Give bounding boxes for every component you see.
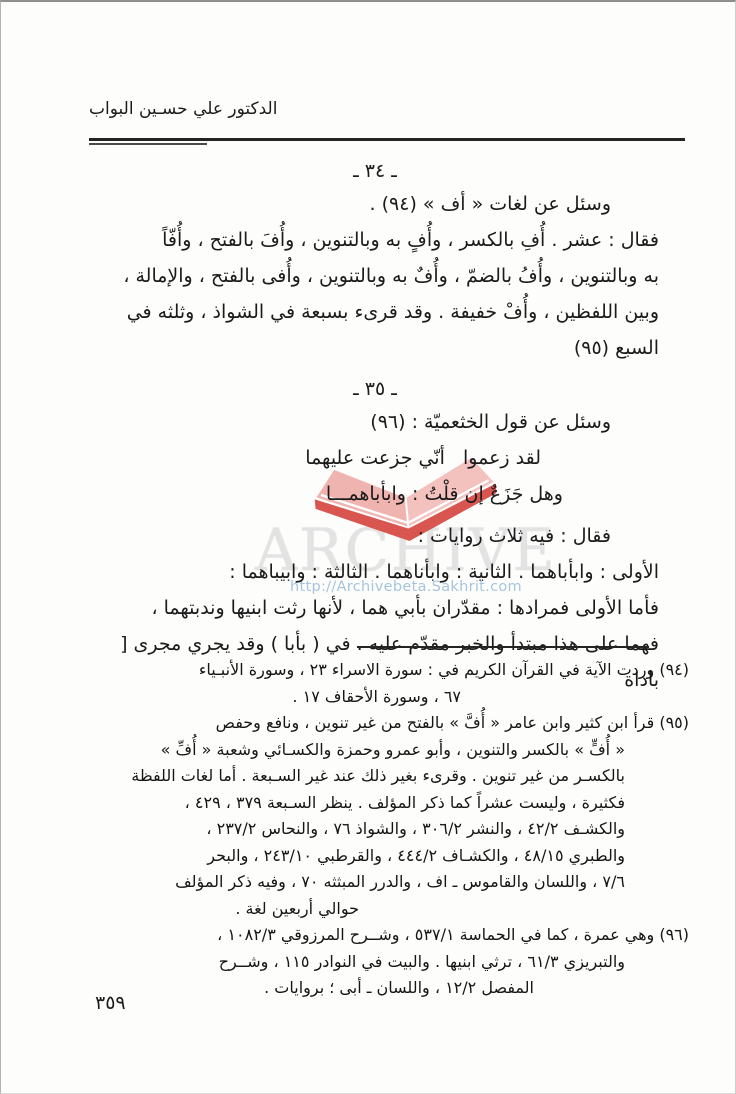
footnote-line: (٩٤) وردت الآية في القرآن الكريم في : سو… — [89, 657, 689, 684]
footnote-line: والطبري ٤٨/١٥ ، والكشـاف ٤٤٤/٢ ، والقرطب… — [89, 843, 689, 870]
section-34-marker: ـ ٣٤ ـ — [91, 156, 659, 186]
main-text-column: ـ ٣٤ ـ وسئل عن لغات « أف » (٩٤) . فقال :… — [91, 154, 659, 698]
text-line: فأما الأولى فمرادها : مقدّران بأبي هما ،… — [91, 590, 659, 626]
footnotes-block: (٩٤) وردت الآية في القرآن الكريم في : سو… — [89, 657, 689, 1002]
footnote-line: والتبريزي ٦١/٣ ، ترثي ابنيها . والبيت في… — [89, 949, 689, 976]
text-line: فقال : عشر . أُفِ بالكسر ، وأُفٍ به وبال… — [91, 222, 659, 258]
footnote-line: (٩٦) وهي عمرة ، كما في الحماسة ٥٣٧/١ ، و… — [89, 922, 689, 949]
header-rule — [89, 138, 685, 141]
section-35-marker: ـ ٣٥ ـ — [91, 374, 659, 404]
footnote-line: (٩٥) قرأ ابن كثير وابن عامر « أُفَّ » با… — [89, 710, 689, 737]
header-rule-fragment — [89, 143, 207, 145]
verse-line-1: لقد زعموا أنّي جزعت عليهما — [91, 440, 659, 476]
footnote-separator — [357, 646, 649, 648]
footnote-95: (٩٥) قرأ ابن كثير وابن عامر « أُفَّ » با… — [89, 710, 689, 922]
author-header: الدكتور علي حسـين البواب — [89, 99, 277, 119]
section-35-intro: وسئل عن قول الخثعميّة : (٩٦) — [91, 404, 659, 440]
text-line: وبين اللفظين ، وأُفْ خفيفة . وقد قرىء بس… — [91, 294, 659, 366]
footnote-line: « أُفٍّ » بالكسر والتنوين ، وأبو عمرو وح… — [89, 737, 689, 764]
text-line: به وبالتنوين ، وأُفُ بالضمّ ، وأُفٌ به و… — [91, 258, 659, 294]
footnote-line: فكثيرة ، وليست عشراً كما ذكر المؤلف . ين… — [89, 790, 689, 817]
section-34-intro: وسئل عن لغات « أف » (٩٤) . — [91, 186, 659, 222]
footnote-line: حوالي أربعين لغة . — [89, 896, 689, 923]
scanned-book-page: ARCHIVE http://Archivebeta.Sakhrit.com ا… — [0, 0, 736, 1094]
footnote-94: (٩٤) وردت الآية في القرآن الكريم في : سو… — [89, 657, 689, 710]
footnote-line: بالكسـر من غير تنوين . وقرىء بغير ذلك عن… — [89, 763, 689, 790]
footnote-96: (٩٦) وهي عمرة ، كما في الحماسة ٥٣٧/١ ، و… — [89, 922, 689, 1002]
footnote-line: ٦٧ ، وسورة الأحقاف ١٧ . — [89, 684, 689, 711]
page-number: ٣٥٩ — [95, 992, 126, 1014]
text-line: فقال : فيه ثلاث روايات : — [91, 518, 659, 554]
footnote-line: والكشـف ٤٢/٢ ، والنشر ٣٠٦/٢ ، والشواذ ٧٦… — [89, 816, 689, 843]
verse-line-2: وهل جَزَعٌ إن قلْتُ : وابأباهمـــا — [91, 476, 659, 512]
footnote-line: ٧/٦ ، واللسان والقاموس ـ اف ، والدرر الم… — [89, 869, 689, 896]
footnote-line: المفصل ١٢/٢ ، واللسان ـ أبى ؛ بروايات . — [89, 975, 689, 1002]
text-line: الأولى : وابأباهما . الثانية : وابأناهما… — [91, 554, 659, 590]
